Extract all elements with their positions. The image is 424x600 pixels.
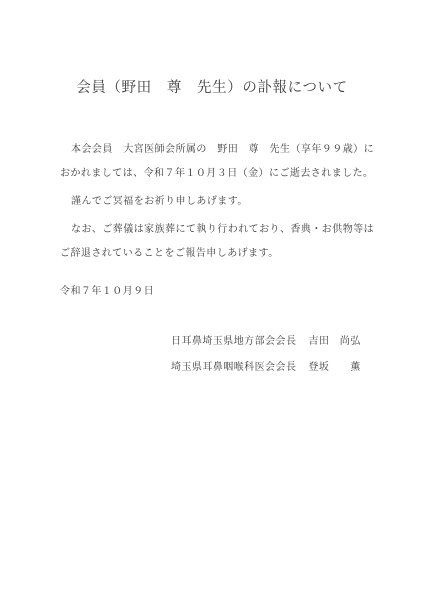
body-paragraph-1-line-1: 本会会員 大宮医師会所属の 野田 尊 先生（享年９９歳）に bbox=[71, 140, 374, 155]
body-paragraph-3-line-1: なお、ご葬儀は家族葬にて執り行われており、香典・お供物等は bbox=[71, 220, 374, 235]
signature-name: 吉田 尚弘 bbox=[308, 332, 360, 347]
body-paragraph-3-line-2: ご辞退されていることをご報告申しあげます。 bbox=[60, 244, 279, 259]
signature-1: 日耳鼻埼玉県地方部会会長吉田 尚弘 bbox=[171, 332, 361, 347]
body-paragraph-1-line-2: おかれましては、令和７年１０月３日（金）にご逝去されました。 bbox=[60, 164, 374, 179]
signature-organization: 埼玉県耳鼻咽喉科医会会長 bbox=[171, 358, 296, 373]
document-date: 令和７年１０月９日 bbox=[60, 282, 154, 297]
document-page: 会員（野田 尊 先生）の訃報について 本会会員 大宮医師会所属の 野田 尊 先生… bbox=[0, 0, 424, 600]
document-title: 会員（野田 尊 先生）の訃報について bbox=[0, 76, 424, 97]
signature-organization: 日耳鼻埼玉県地方部会会長 bbox=[171, 332, 296, 347]
signature-name: 登坂 薫 bbox=[308, 358, 360, 373]
signature-2: 埼玉県耳鼻咽喉科医会会長登坂 薫 bbox=[171, 358, 361, 373]
body-paragraph-2: 謹んでご冥福をお祈り申しあげます。 bbox=[71, 192, 248, 207]
